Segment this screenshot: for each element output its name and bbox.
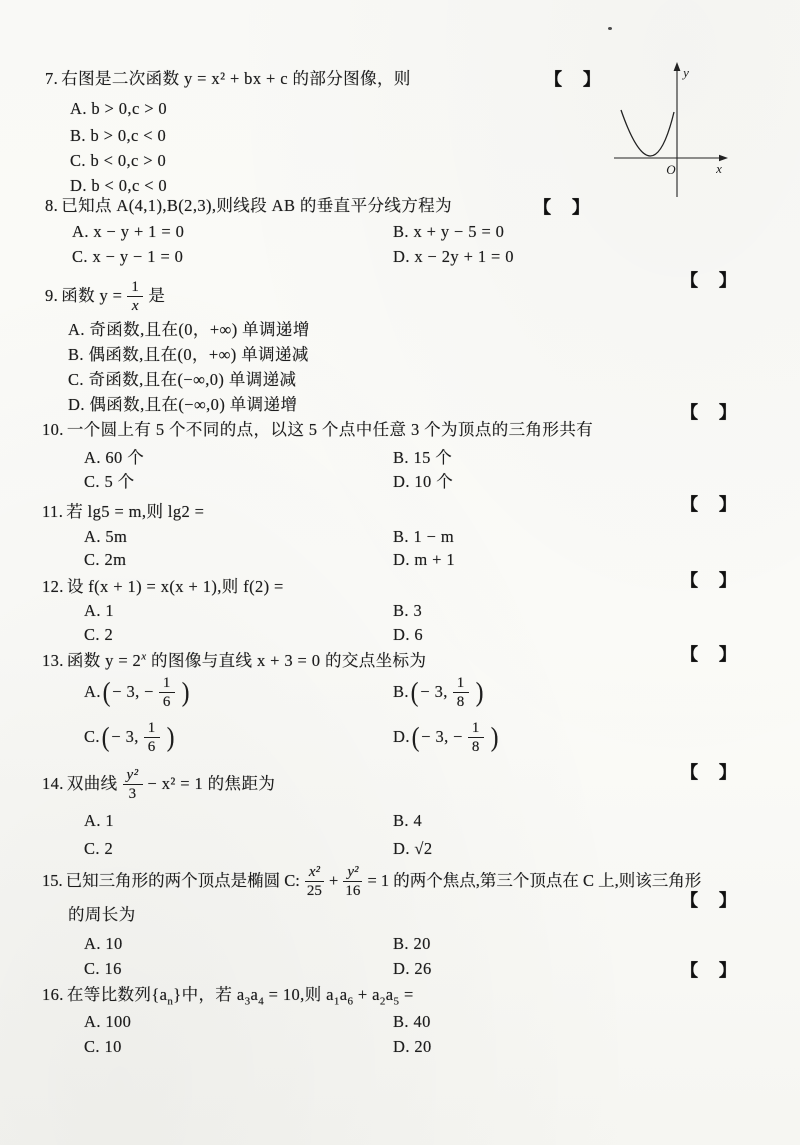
q12-option-c: C. 2: [84, 625, 113, 645]
q11-number: 11.: [42, 502, 63, 521]
q7-number: 7.: [45, 69, 58, 88]
q14-number: 14.: [42, 774, 64, 794]
q13-a-fraction: 16: [159, 675, 175, 710]
graph-y-label: y: [681, 65, 689, 80]
q15-stem-line1: 15. 已知三角形的两个顶点是椭圆 C: x²25 + y²16 = 1 的两个…: [42, 861, 701, 901]
q15-fraction-x: x²25: [305, 864, 324, 899]
q7-option-d: D. b < 0,c < 0: [70, 176, 167, 196]
q8-option-b: B. x + y − 5 = 0: [393, 222, 504, 242]
q15-number: 15.: [42, 871, 63, 891]
q15-fraction-y: y²16: [343, 864, 362, 899]
q11-option-d: D. m + 1: [393, 550, 455, 570]
q11-option-b: B. 1 − m: [393, 527, 454, 547]
q8-answer-bracket: 【】: [534, 199, 610, 217]
q7-option-b: B. b > 0,c < 0: [70, 126, 166, 146]
q16-answer-bracket: 【】: [681, 962, 757, 980]
q15-answer-bracket: 【】: [681, 892, 757, 910]
q9-option-b: B. 偶函数,且在(0，+∞) 单调递减: [68, 345, 309, 365]
q13-option-c: C. ( − 3, 16 ): [84, 717, 176, 757]
q8-option-c: C. x − y − 1 = 0: [72, 247, 183, 267]
q15-option-c: C. 16: [84, 959, 122, 979]
q13-stem: 13.函数 y = 2x 的图像与直线 x + 3 = 0 的交点坐标为: [42, 651, 426, 671]
q14-answer-bracket: 【】: [681, 764, 757, 782]
q12-answer-bracket: 【】: [681, 572, 757, 590]
q16-number: 16.: [42, 985, 64, 1004]
q10-number: 10.: [42, 420, 64, 439]
q7-option-c: C. b < 0,c > 0: [70, 151, 166, 171]
q13-option-d: D. ( − 3, − 18 ): [393, 717, 500, 757]
q12-option-b: B. 3: [393, 601, 422, 621]
q14-option-d: D. √2: [393, 839, 432, 859]
q12-stem: 12.设 f(x + 1) = x(x + 1),则 f(2) =: [42, 577, 284, 597]
q13-answer-bracket: 【】: [681, 646, 757, 664]
q12-option-d: D. 6: [393, 625, 423, 645]
q16-option-d: D. 20: [393, 1037, 432, 1057]
q8-stem: 8.已知点 A(4,1),B(2,3),则线段 AB 的垂直平分线方程为: [45, 196, 452, 216]
q8-number: 8.: [45, 196, 58, 215]
q8-option-d: D. x − 2y + 1 = 0: [393, 247, 514, 267]
parabola-curve: [621, 110, 674, 156]
q13-number: 13.: [42, 651, 64, 670]
scanned-exam-page: 7.右图是二次函数 y = x² + bx + c 的部分图像，则 【】 A. …: [0, 0, 800, 1145]
q14-option-b: B. 4: [393, 811, 422, 831]
q12-option-a: A. 1: [84, 601, 114, 621]
q11-option-a: A. 5m: [84, 527, 127, 547]
q13-option-b: B. ( − 3, 18 ): [393, 672, 485, 712]
q11-answer-bracket: 【】: [681, 496, 757, 514]
scan-speck: [608, 27, 612, 30]
graph-origin-label: O: [666, 162, 676, 177]
q10-option-c: C. 5 个: [84, 472, 135, 492]
q10-option-a: A. 60 个: [84, 448, 144, 468]
q16-option-a: A. 100: [84, 1012, 131, 1032]
parabola-graph: O x y: [606, 58, 740, 202]
q15-option-d: D. 26: [393, 959, 432, 979]
q14-option-c: C. 2: [84, 839, 113, 859]
q13-b-fraction: 18: [453, 675, 469, 710]
q10-option-d: D. 10 个: [393, 472, 453, 492]
q9-stem: 9. 函数 y = 1x 是: [45, 278, 165, 314]
q14-stem: 14. 双曲线 y²3 − x² = 1 的焦距为: [42, 764, 275, 804]
q14-fraction: y²3: [123, 767, 143, 802]
q9-option-c: C. 奇函数,且在(−∞,0) 单调递减: [68, 370, 296, 390]
q9-fraction: 1x: [127, 279, 143, 314]
graph-x-label: x: [715, 161, 722, 176]
q15-option-a: A. 10: [84, 934, 123, 954]
q8-option-a: A. x − y + 1 = 0: [72, 222, 184, 242]
q7-stem: 7.右图是二次函数 y = x² + bx + c 的部分图像，则: [45, 69, 411, 89]
q16-stem: 16.在等比数列{an}中，若 a3a4 = 10,则 a1a6 + a2a5 …: [42, 985, 414, 1005]
q9-number: 9.: [45, 286, 58, 306]
q16-option-c: C. 10: [84, 1037, 122, 1057]
q9-option-d: D. 偶函数,且在(−∞,0) 单调递增: [68, 395, 297, 415]
q13-c-fraction: 16: [144, 720, 160, 755]
q9-answer-bracket: 【】: [681, 272, 757, 290]
q13-option-a: A. ( − 3, − 16 ): [84, 672, 191, 712]
q12-number: 12.: [42, 577, 64, 596]
q11-stem: 11.若 lg5 = m,则 lg2 =: [42, 502, 204, 522]
q16-option-b: B. 40: [393, 1012, 431, 1032]
q15-option-b: B. 20: [393, 934, 431, 954]
q9-option-a: A. 奇函数,且在(0，+∞) 单调递增: [68, 320, 310, 340]
q11-option-c: C. 2m: [84, 550, 126, 570]
q7-option-a: A. b > 0,c > 0: [70, 99, 167, 119]
q14-option-a: A. 1: [84, 811, 114, 831]
q10-option-b: B. 15 个: [393, 448, 452, 468]
q10-answer-bracket: 【】: [681, 404, 757, 422]
y-axis-arrow: [674, 62, 681, 71]
q10-stem: 10.一个圆上有 5 个不同的点，以这 5 个点中任意 3 个为顶点的三角形共有: [42, 420, 593, 440]
q13-d-fraction: 18: [468, 720, 484, 755]
q15-stem-line2: 的周长为: [68, 905, 136, 925]
